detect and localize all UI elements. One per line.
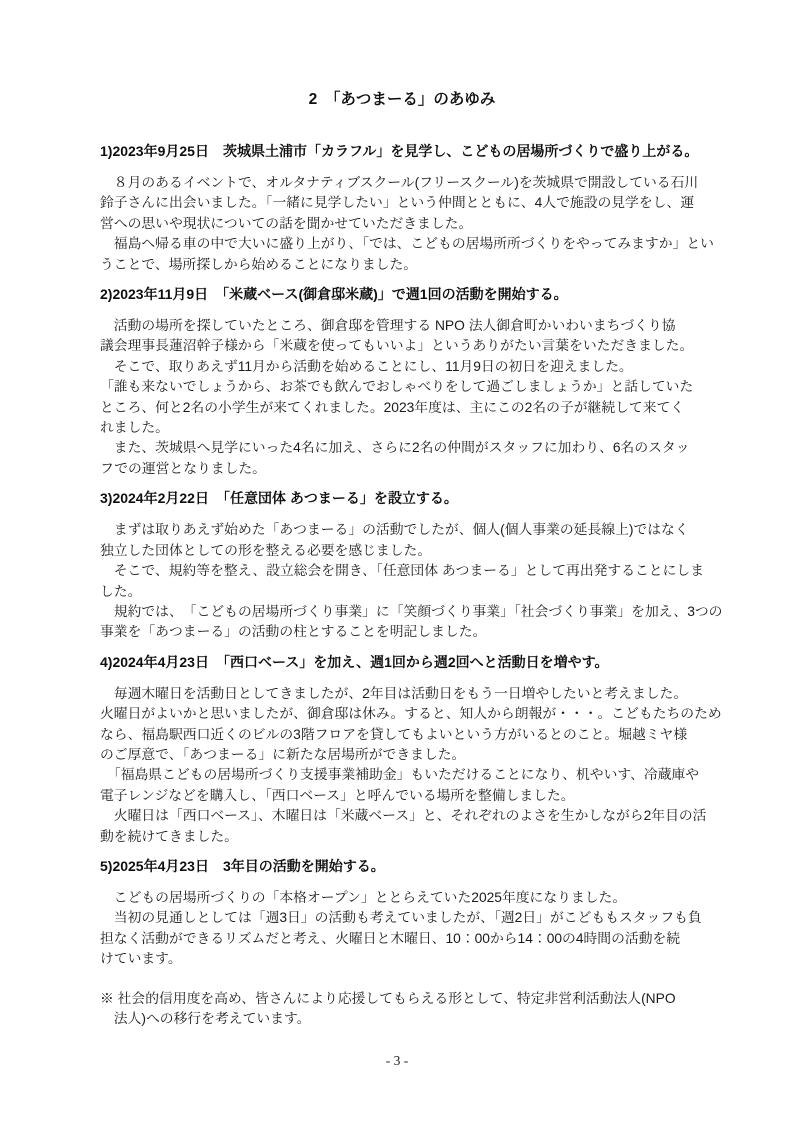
section-2-body: 活動の場所を探していたところ、御倉邸を管理する NPO 法人御倉町かいわいまちづ… [100,316,704,479]
section-4-body: 毎週木曜日を活動日としてきましたが、2年目は活動日をもう一日増やしたいと考えまし… [100,684,704,847]
npo-footnote: ※ 社会的信用度を高め、皆さんにより応援してもらえる形として、特定非営利活動法人… [100,989,704,1031]
section-1-heading: 1)2023年9月25日 茨城県土浦市「カラフル」を見学し、こどもの居場所づくり… [100,141,704,162]
page-number: - 3 - [0,1053,794,1069]
section-5-heading: 5)2025年4月23日 3年目の活動を開始する。 [100,856,704,877]
section-1: 1)2023年9月25日 茨城県土浦市「カラフル」を見学し、こどもの居場所づくり… [100,141,704,275]
section-5: 5)2025年4月23日 3年目の活動を開始する。 こどもの居場所づくりの「本格… [100,856,704,970]
section-3-heading: 3)2024年2月22日 「任意団体 あつまーる」を設立する。 [100,488,704,509]
document-page: 2 「あつまーる」のあゆみ 1)2023年9月25日 茨城県土浦市「カラフル」を… [0,0,794,1123]
document-body: { "doc": { "title": "2 「あつまーる」のあゆみ", "no… [0,0,794,1123]
section-3-body: まずは取りあえず始めた「あつまーる」の活動でしたが、個人(個人事業の延長線上)で… [100,520,704,642]
section-4-heading: 4)2024年4月23日 「西口ベース」を加え、週1回から週2回へと活動日を増や… [100,652,704,673]
section-3: 3)2024年2月22日 「任意団体 あつまーる」を設立する。 まずは取りあえず… [100,488,704,642]
page-title: 2 「あつまーる」のあゆみ [100,89,704,110]
section-5-body: こどもの居場所づくりの「本格オープン」ととらえていた2025年度になりました。 … [100,888,704,970]
section-4: 4)2024年4月23日 「西口ベース」を加え、週1回から週2回へと活動日を増や… [100,652,704,847]
section-1-body: ８月のあるイベントで、オルタナティブスクール(フリースクール)を茨城県で開設して… [100,173,704,275]
section-2: 2)2023年11月9日 「米蔵ベース(御倉邸米蔵)」で週1回の活動を開始する。… [100,284,704,479]
section-2-heading: 2)2023年11月9日 「米蔵ベース(御倉邸米蔵)」で週1回の活動を開始する。 [100,284,704,305]
